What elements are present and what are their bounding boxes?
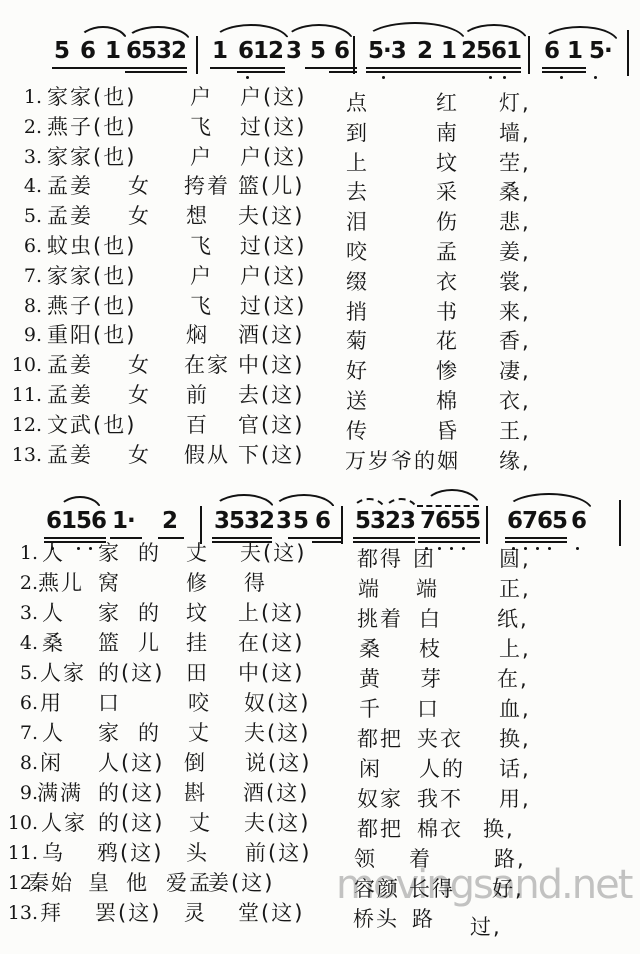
lyric-cell: 人家: [40, 662, 86, 685]
lyric-cell: 黄: [359, 668, 382, 691]
notation-note: 5·3: [368, 40, 406, 63]
beam-underline: [329, 71, 357, 73]
lyric-cell: 焖: [186, 324, 209, 347]
verse-number: 11.: [2, 385, 42, 407]
lyric-cell: 家: [98, 722, 121, 745]
lyric-cell: 路,: [494, 848, 526, 871]
lyric-cell: 千: [359, 698, 382, 721]
lyric-cell: 人: [42, 722, 65, 745]
lyric-cell: 采: [436, 181, 459, 204]
measure-bar-line: [196, 36, 198, 74]
lyric-cell: 田: [186, 662, 209, 685]
slur-arc: [541, 26, 619, 43]
lyric-cell: 爱孟: [166, 872, 212, 895]
lyric-cell: 王,: [499, 420, 531, 443]
verse-number: 3.: [0, 603, 38, 625]
lyric-cell: 都得: [357, 548, 403, 571]
lyric-cell: 户: [190, 146, 213, 169]
notation-note: 6: [315, 510, 330, 533]
lyric-cell: 女: [128, 354, 151, 377]
lyric-cell: 都把: [357, 728, 403, 751]
lyric-cell: 棉: [436, 390, 459, 413]
lyric-cell: 缀: [346, 271, 369, 294]
beam-underline: [158, 537, 184, 539]
measure-bar-line: [486, 506, 488, 544]
lyric-cell: 头: [186, 842, 209, 865]
lyric-cell: 女: [128, 384, 151, 407]
lyric-cell: 过(这): [240, 295, 306, 318]
lyric-cell: 修: [186, 572, 209, 595]
measure-bar-line: [528, 36, 530, 74]
verse-number: 8.: [2, 296, 42, 318]
notation-note: 6: [334, 40, 349, 63]
lyric-cell: 菊: [346, 330, 369, 353]
dashed-slur-arc: [384, 498, 418, 511]
notation-note: 5·: [589, 40, 612, 63]
lyric-cell: 家: [98, 602, 121, 625]
lyric-cell: 下(这): [238, 444, 304, 467]
beam-underline: [418, 537, 480, 539]
lyric-cell: 上,: [499, 638, 531, 661]
verse-number: 12.: [2, 415, 42, 437]
slur-arc: [460, 24, 528, 41]
lyric-cell: 圆,: [499, 548, 531, 571]
lyric-cell: 到: [346, 122, 369, 145]
lyric-cell: 灵: [184, 902, 207, 925]
lyric-cell: 鸦(这): [97, 842, 163, 865]
lyric-cell: 官(这): [238, 414, 304, 437]
octave-dot: [489, 76, 492, 79]
lyric-cell: 红: [436, 92, 459, 115]
lyric-cell: 燕儿: [38, 572, 84, 595]
lyric-cell: 桑: [42, 632, 65, 655]
beam-underline: [212, 537, 272, 539]
lyric-cell: 家家(也): [47, 146, 136, 169]
beam-underline: [125, 67, 187, 69]
lyric-cell: 衣,: [499, 390, 531, 413]
lyric-cell: 户: [190, 86, 213, 109]
octave-dot: [77, 547, 80, 550]
octave-dot: [450, 547, 453, 550]
beam-underline: [459, 67, 521, 69]
lyric-cell: 芽: [420, 668, 443, 691]
lyric-cell: 咬: [346, 241, 369, 264]
lyric-cell: 斟: [184, 782, 207, 805]
lyric-cell: 皇: [88, 872, 111, 895]
dashed-slur-arc: [352, 498, 386, 511]
lyric-cell: 书: [436, 301, 459, 324]
verse-number: 1.: [0, 543, 38, 565]
lyric-cell: 篮(儿): [238, 175, 304, 198]
slur-arc: [284, 24, 354, 42]
lyric-cell: 惨: [436, 360, 459, 383]
octave-dot: [246, 76, 249, 79]
lyric-cell: 泪: [346, 211, 369, 234]
verse-number: 2.: [0, 573, 38, 595]
notation-note: 5: [310, 40, 325, 63]
beam-underline: [52, 67, 126, 69]
octave-dot: [382, 76, 385, 79]
beam-underline: [305, 67, 357, 69]
lyric-cell: 的(这): [98, 812, 164, 835]
slur-arc: [505, 493, 593, 511]
lyric-cell: 的: [138, 542, 161, 565]
lyric-cell: 倒: [184, 752, 207, 775]
lyric-cell: 去(这): [238, 384, 304, 407]
lyric-cell: 蚊虫(也): [47, 235, 136, 258]
beam-underline: [288, 537, 342, 539]
beam-underline: [505, 541, 567, 543]
verse-number: 10.: [2, 355, 42, 377]
beam-underline: [505, 537, 567, 539]
verse-number: 2.: [2, 117, 42, 139]
lyric-cell: 丈: [188, 722, 211, 745]
lyric-cell: 的: [138, 602, 161, 625]
octave-dot: [438, 547, 441, 550]
lyric-cell: 孟姜: [47, 354, 93, 377]
score-page: movingsand.net 561653216123565·321256161…: [0, 0, 640, 954]
lyric-cell: 桑,: [499, 181, 531, 204]
lyric-cell: 女: [128, 175, 151, 198]
beam-underline: [353, 537, 415, 539]
lyric-cell: 过(这): [240, 235, 306, 258]
lyric-cell: 姜,: [499, 241, 531, 264]
lyric-cell: 来,: [499, 301, 531, 324]
octave-dot: [560, 76, 563, 79]
beam-underline: [237, 71, 285, 73]
lyric-cell: 白: [419, 608, 442, 631]
lyric-cell: 燕子(也): [47, 295, 136, 318]
lyric-cell: 燕子(也): [47, 116, 136, 139]
lyric-cell: 奴家: [357, 788, 403, 811]
lyric-cell: 百: [186, 414, 209, 437]
lyric-cell: 的(这): [98, 662, 164, 685]
lyric-cell: 团: [413, 548, 436, 571]
lyric-cell: 人: [42, 602, 65, 625]
lyric-cell: 姜(这): [208, 872, 274, 895]
lyric-cell: 在家: [184, 354, 230, 377]
lyric-cell: 血,: [499, 698, 531, 721]
beam-underline: [210, 67, 285, 69]
lyric-cell: 人家: [41, 812, 87, 835]
notation-note: 1: [441, 40, 456, 63]
lyric-cell: 话,: [499, 758, 531, 781]
lyric-cell: 丈: [186, 542, 209, 565]
verse-number: 5.: [2, 206, 42, 228]
lyric-cell: 上: [346, 152, 369, 175]
lyric-cell: 坟: [186, 602, 209, 625]
beam-underline: [366, 67, 460, 69]
lyric-cell: 窝: [98, 572, 121, 595]
beam-underline: [44, 537, 106, 539]
octave-dot: [89, 547, 92, 550]
lyric-cell: 家家(也): [47, 265, 136, 288]
lyric-cell: 我不: [417, 788, 463, 811]
lyric-cell: 家: [98, 542, 121, 565]
lyric-cell: 孟姜: [47, 205, 93, 228]
beam-underline: [459, 71, 521, 73]
octave-dot: [594, 76, 597, 79]
lyric-cell: 孟姜: [47, 175, 93, 198]
measure-bar-line: [619, 500, 621, 546]
notation-note: 3: [276, 510, 291, 533]
lyric-cell: 都把: [357, 818, 403, 841]
lyric-cell: 孟姜: [47, 384, 93, 407]
lyric-cell: 中(这): [238, 354, 304, 377]
notation-note: 5323: [355, 510, 415, 533]
lyric-cell: 在,: [497, 668, 529, 691]
lyric-cell: 南: [436, 122, 459, 145]
verse-number: 7.: [2, 266, 42, 288]
verse-number: 6.: [2, 236, 42, 258]
beam-underline: [418, 541, 480, 543]
beam-underline: [542, 67, 586, 69]
lyric-cell: 万岁爷的姻: [345, 450, 460, 473]
verse-number: 13.: [0, 903, 38, 925]
lyric-cell: 夫(这): [238, 205, 304, 228]
lyric-cell: 家家(也): [47, 86, 136, 109]
lyric-cell: 衣: [436, 271, 459, 294]
lyric-cell: 儿: [138, 632, 161, 655]
lyric-cell: 前(这): [245, 842, 311, 865]
verse-number: 10.: [0, 813, 38, 835]
lyric-cell: 闲: [359, 758, 382, 781]
lyric-cell: 换,: [483, 818, 515, 841]
slur-arc: [364, 22, 466, 41]
lyric-cell: 假从: [184, 444, 230, 467]
verse-number: 1.: [2, 87, 42, 109]
lyric-cell: 文武(也): [47, 414, 136, 437]
lyric-cell: 夫(这): [244, 812, 310, 835]
notation-note: 6: [80, 40, 95, 63]
verse-number: 13.: [2, 445, 42, 467]
lyric-cell: 过,: [470, 916, 502, 939]
notation-note: 5: [293, 510, 308, 533]
notation-note: 6532: [126, 40, 186, 63]
lyric-cell: 口: [98, 692, 121, 715]
verse-number: 4.: [0, 633, 38, 655]
notation-note: 2561: [461, 40, 521, 63]
lyric-cell: 秦始: [28, 872, 74, 895]
slur-arc: [424, 489, 480, 506]
lyric-cell: 夹衣: [417, 728, 463, 751]
lyric-cell: 在(这): [238, 632, 304, 655]
lyric-cell: 说(这): [245, 752, 311, 775]
slur-arc: [272, 494, 336, 511]
lyric-cell: 户: [190, 265, 213, 288]
lyric-cell: 好,: [492, 878, 524, 901]
notation-note: 2: [417, 40, 432, 63]
slur-arc: [58, 496, 102, 511]
lyric-cell: 女: [128, 444, 151, 467]
beam-underline: [353, 541, 415, 543]
notation-note: 6: [571, 510, 586, 533]
notation-note: 6765: [507, 510, 567, 533]
lyric-cell: 捎: [346, 301, 369, 324]
lyric-cell: 人的: [419, 758, 465, 781]
notation-note: 2: [162, 510, 177, 533]
lyric-cell: 正,: [499, 578, 531, 601]
verse-number: 5.: [0, 663, 38, 685]
lyric-cell: 好: [346, 360, 369, 383]
lyric-cell: 茔,: [499, 152, 531, 175]
lyric-cell: 拜: [40, 902, 63, 925]
notation-note: 6: [544, 40, 559, 63]
lyric-cell: 挑着: [357, 608, 403, 631]
lyric-cell: 乌: [42, 842, 65, 865]
lyric-cell: 闲: [40, 752, 63, 775]
beam-underline: [125, 71, 187, 73]
lyric-cell: 墙,: [499, 122, 531, 145]
lyric-cell: 领: [354, 848, 377, 871]
lyric-cell: 篮: [98, 632, 121, 655]
lyric-cell: 满满: [37, 782, 83, 805]
lyric-cell: 飞: [190, 235, 213, 258]
lyric-cell: 用,: [499, 788, 531, 811]
lyric-cell: 孟姜: [47, 444, 93, 467]
octave-dot: [548, 547, 551, 550]
lyric-cell: 坟: [436, 152, 459, 175]
verse-number: 11.: [0, 843, 38, 865]
lyric-cell: 枝: [419, 638, 442, 661]
notation-note: 1: [567, 40, 582, 63]
lyric-cell: 着: [409, 848, 432, 871]
lyric-cell: 咬: [188, 692, 211, 715]
lyric-cell: 长得: [409, 878, 455, 901]
beam-underline: [366, 71, 460, 73]
lyric-cell: 挎着: [184, 175, 230, 198]
lyric-cell: 奴(这): [244, 692, 310, 715]
lyric-cell: 桑: [359, 638, 382, 661]
lyric-cell: 口: [417, 698, 440, 721]
lyric-cell: 棉衣: [417, 818, 463, 841]
lyric-cell: 缘,: [499, 450, 531, 473]
lyric-cell: 桥头: [353, 908, 399, 931]
notation-note: 612: [238, 40, 283, 63]
lyric-cell: 孟: [436, 241, 459, 264]
notation-note: 1: [105, 40, 120, 63]
lyric-cell: 他: [126, 872, 149, 895]
lyric-cell: 凄,: [499, 360, 531, 383]
beam-underline: [542, 71, 586, 73]
lyric-cell: 女: [128, 205, 151, 228]
verse-number: 8.: [0, 753, 38, 775]
octave-dot: [462, 547, 465, 550]
lyric-cell: 去: [346, 181, 369, 204]
lyric-cell: 换,: [499, 728, 531, 751]
octave-dot: [503, 76, 506, 79]
measure-bar-line: [627, 30, 629, 76]
beam-underline: [312, 541, 342, 543]
lyric-cell: 端: [358, 578, 381, 601]
lyric-cell: 的(这): [98, 782, 164, 805]
beam-underline: [110, 537, 142, 539]
lyric-cell: 重阳(也): [47, 324, 136, 347]
lyric-cell: 堂(这): [238, 902, 304, 925]
notation-note: 6156: [46, 510, 106, 533]
notation-note: 1·: [112, 510, 135, 533]
notation-note: 7655: [420, 510, 480, 533]
octave-dot: [536, 547, 539, 550]
verse-number: 4.: [2, 176, 42, 198]
lyric-cell: 得: [244, 572, 267, 595]
verse-number: 3.: [2, 147, 42, 169]
lyric-cell: 花: [436, 330, 459, 353]
lyric-cell: 人: [42, 542, 65, 565]
lyric-cell: 裳,: [499, 271, 531, 294]
octave-dot: [576, 547, 579, 550]
lyric-cell: 传: [346, 420, 369, 443]
lyric-cell: 过(这): [240, 116, 306, 139]
lyric-cell: 人(这): [98, 752, 164, 775]
slur-arc: [213, 494, 275, 510]
lyric-cell: 昏: [436, 420, 459, 443]
lyric-cell: 纸,: [497, 608, 529, 631]
verse-number: 9.: [2, 325, 42, 347]
notation-note: 3: [286, 40, 301, 63]
verse-number: 7.: [0, 723, 38, 745]
notation-note: 5: [54, 40, 69, 63]
measure-bar-line: [200, 506, 202, 544]
lyric-cell: 户(这): [240, 86, 306, 109]
lyric-cell: 容颜: [354, 878, 400, 901]
lyric-cell: 飞: [190, 295, 213, 318]
slur-arc: [78, 26, 128, 42]
lyric-cell: 路: [412, 908, 435, 931]
lyric-cell: 点: [346, 92, 369, 115]
lyric-cell: 丈: [189, 812, 212, 835]
lyric-cell: 夫(这): [244, 722, 310, 745]
verse-number: 6.: [0, 693, 38, 715]
lyric-cell: 户(这): [240, 146, 306, 169]
lyric-cell: 中(这): [238, 662, 304, 685]
slur-arc: [125, 26, 191, 42]
lyric-cell: 端: [416, 578, 439, 601]
notation-note: 1: [212, 40, 227, 63]
lyric-cell: 伤: [436, 211, 459, 234]
slur-arc: [212, 24, 290, 42]
lyric-cell: 罢(这): [95, 902, 161, 925]
lyric-cell: 挂: [186, 632, 209, 655]
lyric-cell: 酒(这): [238, 324, 304, 347]
lyric-cell: 想: [186, 205, 209, 228]
lyric-cell: 送: [346, 390, 369, 413]
notation-note: 3532: [214, 510, 274, 533]
lyric-cell: 灯,: [499, 92, 531, 115]
lyric-cell: 酒(这): [243, 782, 309, 805]
lyric-cell: 前: [186, 384, 209, 407]
lyric-cell: 的: [138, 722, 161, 745]
verse-number: 9.: [0, 783, 38, 805]
lyric-cell: 户(这): [240, 265, 306, 288]
lyric-cell: 飞: [190, 116, 213, 139]
lyric-cell: 用: [40, 692, 63, 715]
lyric-cell: 夫(这): [240, 542, 306, 565]
lyric-cell: 香,: [499, 330, 531, 353]
lyric-cell: 悲,: [499, 211, 531, 234]
lyric-cell: 上(这): [238, 602, 304, 625]
